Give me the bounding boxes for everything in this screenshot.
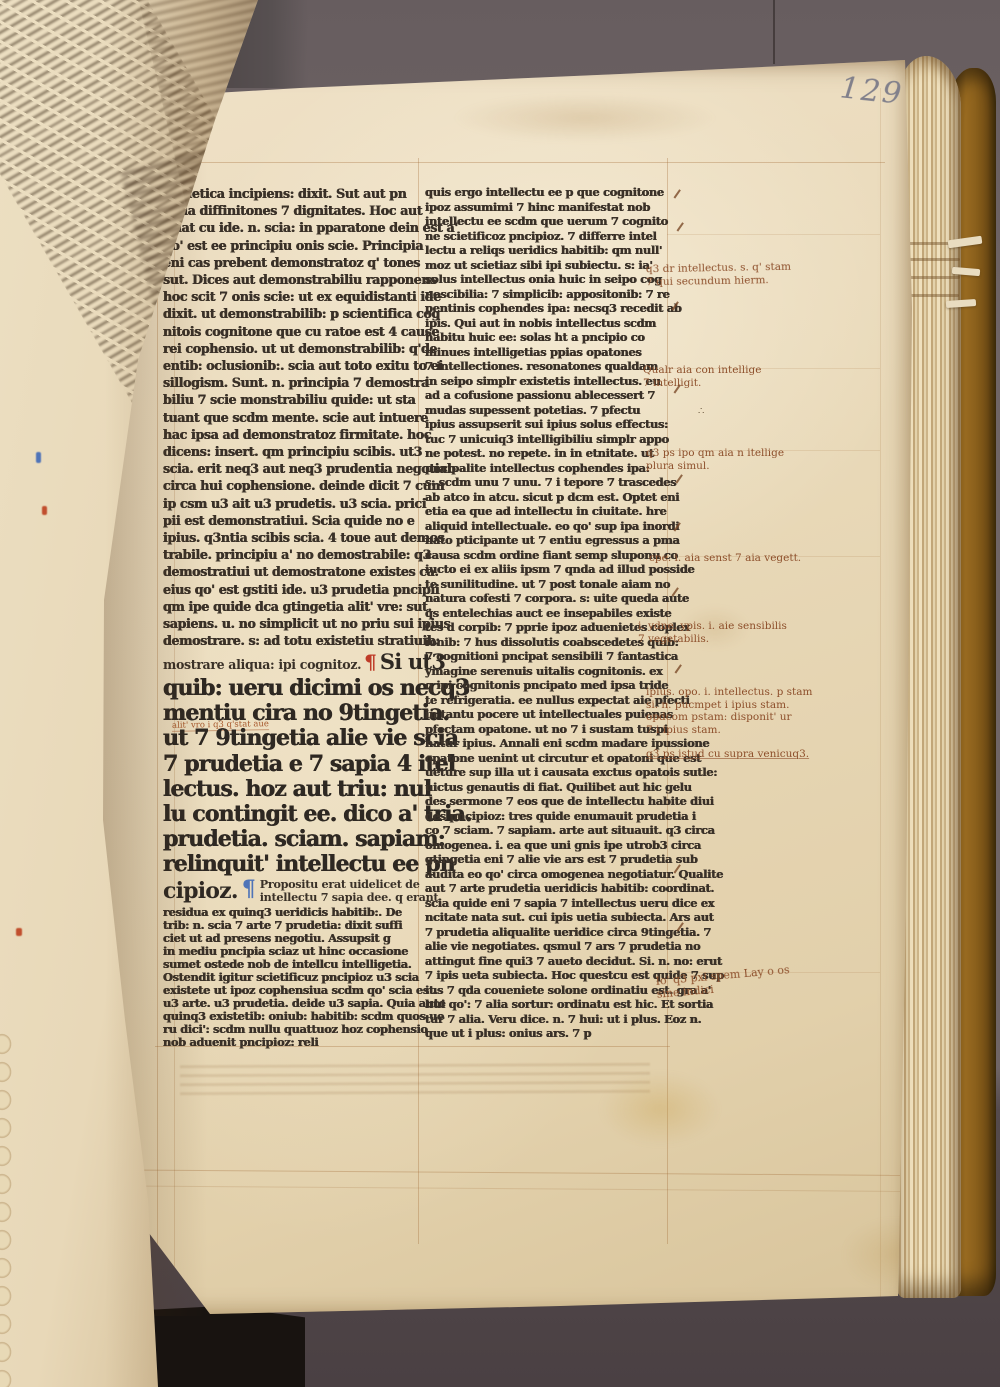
manuscript-text-line: aliquid intellectuale. eo qo' sup ipa in… (425, 519, 673, 534)
margin-note: q3 dr intellectus. s. q' stam7 qui secun… (646, 261, 791, 289)
margin-note: q3 ps ipo qm aia n itelligeplura simul. (646, 447, 784, 472)
manuscript-text-line: hui qo': 7 alia sortur: ordinatu est hic… (425, 997, 673, 1012)
manuscript-text-line: opatone uenint ut circutur et opatoni qu… (425, 751, 673, 766)
manuscript-text-line: ionib: 7 hus dissolutis coabscedetes qui… (425, 635, 673, 650)
red-pilcrow-mark: ¶ (364, 652, 377, 672)
manuscript-text-line: in seipo simplr existetis intellectus. e… (425, 374, 673, 389)
margin-note: q3 ps istud cu supra venicuq3. (646, 748, 809, 761)
folio-number: 129 (838, 71, 905, 112)
page-edge-tab (905, 276, 960, 279)
manuscript-text-line: ne scietificoz pncipioz. 7 differre inte… (425, 229, 673, 244)
manuscript-text-line: mudas supessent potetias. 7 pfectu (425, 403, 673, 418)
correction-slash-mark (675, 664, 682, 673)
tie-mark: ∴ (698, 406, 705, 417)
manuscript-text-line: attingut fine qui3 7 aueto decidut. Si. … (425, 954, 673, 969)
page-edge-tab (907, 294, 959, 297)
margin-note-line: q3 ps istud cu supra venicuq3. (646, 748, 809, 761)
manuscript-text-line: des sermone 7 eos que de intellectu habi… (425, 794, 673, 809)
margin-note: ipius. opo. i. intellectus. p stamsi. n.… (646, 686, 812, 736)
manuscript-text-line: causa scdm ordine fiant semp sluponu co (425, 548, 673, 563)
margin-note-line: ipius. opo. i. intellectus. p stam (646, 686, 812, 699)
manuscript-text-line: te refrigeratia. ee nullus expectat aie … (425, 693, 673, 708)
manuscript-text-line: pncipalite intellectus cophendes ipa: (425, 461, 673, 476)
backdrop-seam (773, 0, 775, 64)
manuscript-text-line: te sunilitudine. ut 7 post tonale aiam n… (425, 577, 673, 592)
manuscript-text-line: omogenea. i. ea que uni gnis ipe utrob3 … (425, 838, 673, 853)
margin-note-line: 7 intelligit. (643, 377, 761, 390)
parchment-stain (420, 88, 750, 148)
manuscript-text-line: ncitate nata sut. cui ipis uetia subiect… (425, 910, 673, 925)
manuscript-text-line: minues intelligetias ppias opatones (425, 345, 673, 360)
margin-note: cpe. i. aia senst 7 aia vegett. (649, 552, 801, 565)
deckle-edge (0, 1030, 16, 1387)
page-edge-tab (906, 258, 960, 261)
manuscript-text-line: 7 prudetia aliqualite ueridice circa 9ti… (425, 925, 673, 940)
manuscript-text-line: ne potest. no repete. in in etnitate. ut (425, 446, 673, 461)
manuscript-text-line: natura cofesti 7 corpora. s: uite queda … (425, 591, 673, 606)
manuscript-text-line: solus intellectus onia huic in seipo cog (425, 272, 673, 287)
margin-note: Qualr aia con intellige7 intelligit. (643, 364, 761, 389)
correction-slash-mark (677, 222, 684, 231)
manuscript-text-line: iucto ei ex aliis ipsm 7 qnda ad illud p… (425, 562, 673, 577)
margin-note-line: Qualr aia con intellige (643, 364, 761, 377)
manuscript-text-line: ymagine serenuis uitalis cognitonis. ex (425, 664, 673, 679)
ruling-line (667, 234, 880, 235)
manuscript-text-line: natur ipius. Annali eni scdm madare ipus… (425, 736, 673, 751)
correction-slash-mark (674, 189, 681, 198)
margin-note-line: 7 vegetabilis. (638, 633, 787, 646)
ruling-line (155, 162, 885, 163)
manuscript-text-line: in tantu pocere ut intellectuales puiena… (425, 707, 673, 722)
margin-note-line: 7 i ipius stam. (646, 724, 812, 737)
manuscript-text-line: s: scdm unu 7 unu. 7 i tepore 7 trascede… (425, 475, 673, 490)
manuscript-text-line: ab atco in atcu. sicut p dcm est. Optet … (425, 490, 673, 505)
margin-note-line: q3 ps ipo qm aia n itellige (646, 447, 784, 460)
ruling-line (880, 88, 881, 1298)
margin-note: i. ydne. ypis. i. aie sensibilis7 vegeta… (638, 620, 787, 645)
manuscript-text-line: habitu huic ee: solas ht a pncipio co (425, 330, 673, 345)
manuscript-text-line: nato pticipante ut 7 entiu egressus a pm… (425, 533, 673, 548)
margin-note-line: cpe. i. aia senst 7 aia vegett. (649, 552, 801, 565)
correction-slash-mark (676, 474, 683, 483)
manuscript-text-line: ad a cofusione passionu ablecessert 7 (425, 388, 673, 403)
manuscript-text-line: ueture sup illa ut i causata exctus opat… (425, 765, 673, 780)
manuscript-text-line: aut 7 arte prudetia ueridicis habitib: c… (425, 881, 673, 896)
manuscript-text-line: pentinis cophendes ipa: necsq3 recedit a… (425, 301, 673, 316)
manuscript-text-line: ipoz assumimi 7 hinc manifestat nob (425, 200, 673, 215)
manuscript-text-line: ipis. Qui aut in nobis intellectus scdm (425, 316, 673, 331)
manuscript-text-line: ipius assupserit sui ipius solus effectu… (425, 417, 673, 432)
parchment-stain (600, 1072, 720, 1146)
manuscript-text-line: tur 7 alia. Veru dice. n. 7 hui: ut i pl… (425, 1012, 673, 1027)
manuscript-text-line: 7 intellectiones. resonatones qualdam (425, 359, 673, 374)
ink-show-through (180, 1057, 650, 1095)
margin-note-line: si. n. pucmpet i ipius stam. (646, 699, 812, 712)
manuscript-text-line: qs entelechias auct ee insepabiles exist… (425, 606, 673, 621)
margin-note-line: opdcom pstam: disponit' ur (646, 711, 812, 724)
manuscript-text-line: 7 ipis ueta subiecta. Hoc questcu est qu… (425, 968, 673, 983)
manuscript-text-line: moz ut scietiaz sibi ipi subiectu. s: ia… (425, 258, 673, 273)
manuscript-text-line: tuc 7 unicuiq3 intelligibiliu simplr app… (425, 432, 673, 447)
margin-note-line: plura simul. (646, 460, 784, 473)
manuscript-text-line: audita eo qo' circa omogenea negotiatur.… (425, 867, 673, 882)
commentary-resume: Propositu erat uidelicet de intellectu 7… (260, 878, 439, 904)
manuscript-photo: 129 analetica incipiens: dixit. Sut aut … (0, 0, 1000, 1387)
manuscript-text-line: intellectu ee scdm que uerum 7 cognito (425, 214, 673, 229)
manuscript-text-line: intellectu 7 sapia dee. q erant (260, 891, 439, 904)
manuscript-text-line: des pncipioz: tres quide enumauit prudet… (425, 809, 673, 824)
manuscript-text-line: etia ea que ad intellectu in ciuitate. h… (425, 504, 673, 519)
manuscript-text-line: lectu a reliqs ueridics habitib: qm null… (425, 243, 673, 258)
manuscript-text-line: ius 7 qda coueniete solone ordinatiu est… (425, 983, 673, 998)
margin-note-line: q3 dr intellectus. s. q' stam (646, 261, 791, 276)
margin-note-line: 7 qui secundum hierm. (646, 273, 791, 288)
manuscript-text-line: q ipi cognitonis pncipato med ipsa tride (425, 678, 673, 693)
manuscript-text-line: gtingetia eni 7 alie vie ars est 7 prude… (425, 852, 673, 867)
manuscript-text-line: alie vie negotiates. qsmul 7 ars 7 prude… (425, 939, 673, 954)
margin-note-line: i. ydne. ypis. i. aie sensibilis (638, 620, 787, 633)
manuscript-text-line: scia quide eni 7 sapia 7 intellectus uer… (425, 896, 673, 911)
manuscript-text-line: uictus genautis di fiat. Quilibet aut hi… (425, 780, 673, 795)
manuscript-text-line: 7 cognitioni pncipat sensibili 7 fantast… (425, 649, 673, 664)
manuscript-text-line: tes d corpib: 7 pprie ipoz aduenietes co… (425, 620, 673, 635)
manuscript-text-line: quis ergo intellectu ee p que cognitone (425, 185, 673, 200)
right-column-commentary: quis ergo intellectu ee p que cognitonei… (425, 185, 673, 1041)
manuscript-text-line: co 7 sciam. 7 sapiam. arte aut situauit.… (425, 823, 673, 838)
manuscript-text-line: pfectam opatone. ut no 7 i sustam tuspi (425, 722, 673, 737)
manuscript-text-line: noscibilia: 7 simplicib: appositonib: 7 … (425, 287, 673, 302)
manuscript-text-line: que ut i plus: onius ars. 7 p (425, 1026, 673, 1041)
